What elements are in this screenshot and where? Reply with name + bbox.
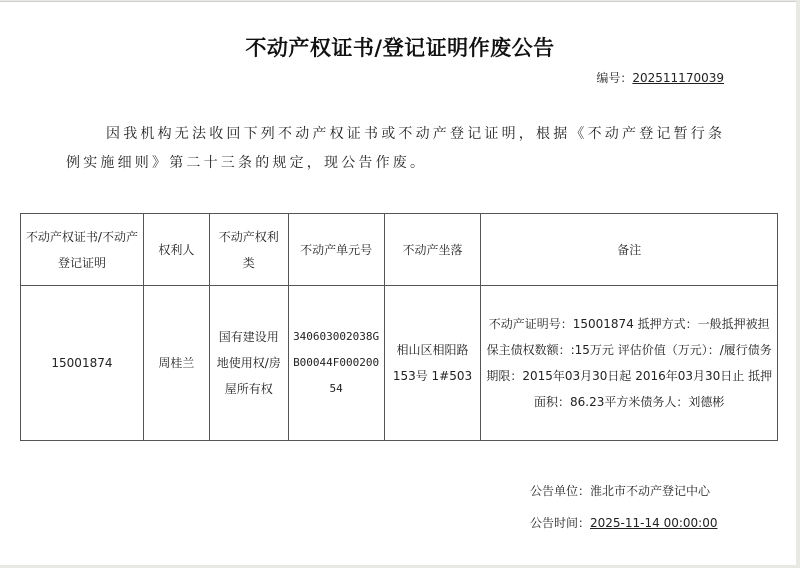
cell-remark: 不动产证明号：15001874 抵押方式：一般抵押被担保主债权数额：:15万元 … — [481, 286, 778, 441]
announcing-unit: 公告单位：淮北市不动产登记中心 — [530, 482, 710, 499]
time-value: 2025-11-14 00:00:00 — [590, 516, 717, 530]
header-right-holder: 权利人 — [143, 214, 209, 286]
unit-label: 公告单位： — [530, 484, 590, 498]
serial-value: 202511170039 — [632, 71, 724, 85]
announcement-time: 公告时间：2025-11-14 00:00:00 — [530, 514, 717, 531]
header-certificate: 不动产权证书/不动产登记证明 — [21, 214, 144, 286]
serial-label: 编号： — [596, 71, 632, 85]
cell-right-type: 国有建设用地使用权/房屋所有权 — [209, 286, 288, 441]
cell-certificate-no: 15001874 — [21, 286, 144, 441]
table-row: 15001874 周桂兰 国有建设用地使用权/房屋所有权 34060300203… — [21, 286, 778, 441]
cell-location: 相山区相阳路153号 1#503 — [384, 286, 481, 441]
cell-right-holder: 周桂兰 — [143, 286, 209, 441]
table-header-row: 不动产权证书/不动产登记证明 权利人 不动产权利类 不动产单元号 不动产坐落 备… — [21, 214, 778, 286]
header-remark: 备注 — [481, 214, 778, 286]
cell-unit-no: 340603002038GB00044F00020054 — [288, 286, 384, 441]
serial-number: 编号：202511170039 — [596, 69, 724, 86]
notice-page: 不动产权证书/登记证明作废公告 编号：202511170039 因我机构无法收回… — [0, 1, 796, 565]
notice-title: 不动产权证书/登记证明作废公告 — [0, 32, 800, 62]
header-unit-no: 不动产单元号 — [288, 214, 384, 286]
time-label: 公告时间： — [530, 516, 590, 530]
unit-value: 淮北市不动产登记中心 — [590, 484, 710, 498]
notice-intro-paragraph: 因我机构无法收回下列不动产权证书或不动产登记证明，根据《不动产登记暂行条例实施细… — [66, 120, 731, 178]
header-right-type: 不动产权利类 — [209, 214, 288, 286]
header-location: 不动产坐落 — [384, 214, 481, 286]
void-certificate-table: 不动产权证书/不动产登记证明 权利人 不动产权利类 不动产单元号 不动产坐落 备… — [20, 213, 778, 441]
